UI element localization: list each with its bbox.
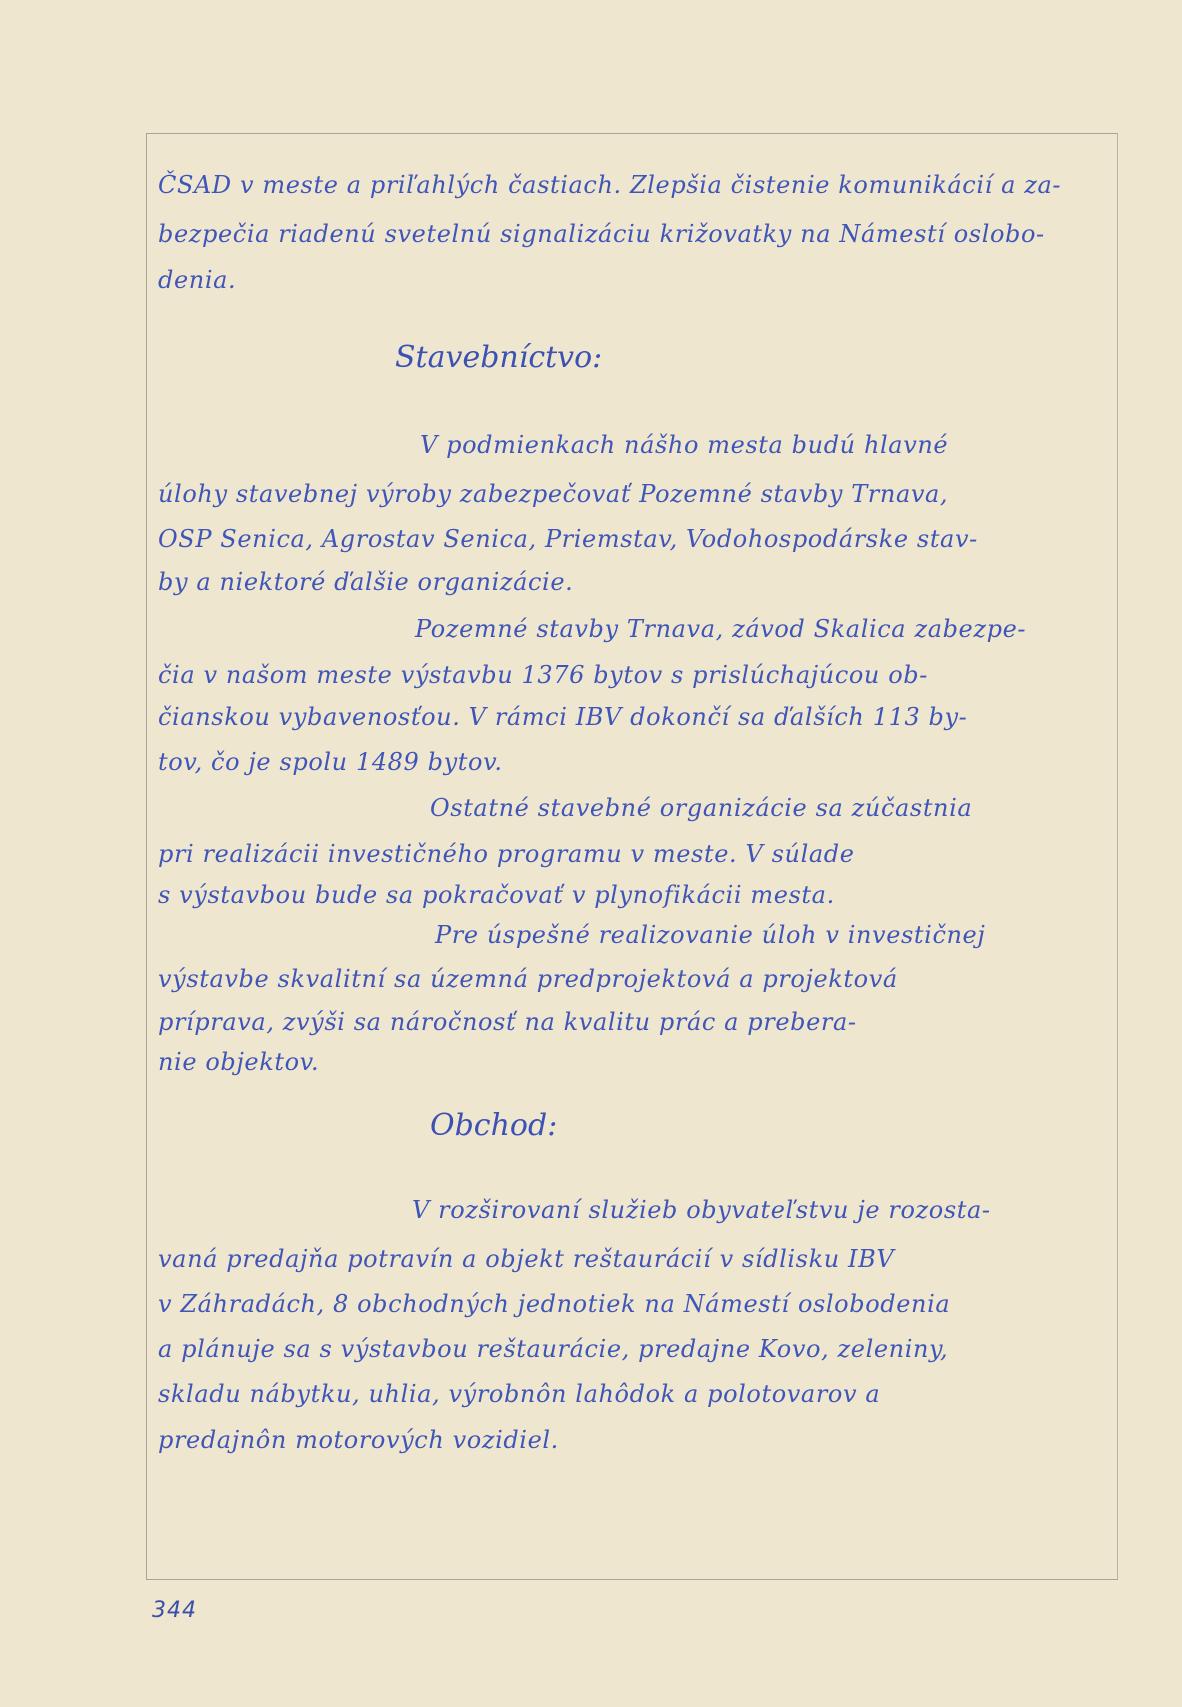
text-line: bezpečia riadenú svetelnú signalizáciu k… xyxy=(158,222,1098,246)
text-line: príprava, zvýši sa náročnosť na kvalitu … xyxy=(158,1010,1098,1034)
section-heading-obchod: Obchod: xyxy=(430,1108,557,1143)
text-line: pri realizácii investičného programu v m… xyxy=(158,842,1098,866)
text-line: Pre úspešné realizovanie úloh v investič… xyxy=(435,923,1100,947)
text-line: denia. xyxy=(158,268,1098,292)
text-line: Ostatné stavebné organizácie sa zúčastni… xyxy=(430,796,1100,820)
text-line: čia v našom meste výstavbu 1376 bytov s … xyxy=(158,663,1098,687)
text-line: čianskou vybavenosťou. V rámci IBV dokon… xyxy=(158,705,1098,729)
text-line: V rozširovaní služieb obyvateľstvu je ro… xyxy=(412,1198,1102,1222)
text-line: vaná predajňa potravín a objekt reštaurá… xyxy=(158,1247,1098,1271)
text-line: výstavbe skvalitní sa územná predprojekt… xyxy=(158,967,1098,991)
text-line: predajnôn motorových vozidiel. xyxy=(158,1428,1098,1452)
page-number: 344 xyxy=(152,1598,197,1623)
text-line: Pozemné stavby Trnava, závod Skalica zab… xyxy=(415,617,1105,641)
text-line: nie objektov. xyxy=(158,1050,1098,1074)
text-line: a plánuje sa s výstavbou reštaurácie, pr… xyxy=(158,1337,1098,1361)
text-line: úlohy stavebnej výroby zabezpečovať Poze… xyxy=(158,482,1098,506)
text-line: ČSAD v meste a priľahlých častiach. Zlep… xyxy=(158,173,1098,197)
text-line: s výstavbou bude sa pokračovať v plynofi… xyxy=(158,883,1098,907)
text-line: by a niektoré ďalšie organizácie. xyxy=(158,570,1098,594)
text-line: v Záhradách, 8 obchodných jednotiek na N… xyxy=(158,1292,1098,1316)
text-line: V podmienkach nášho mesta budú hlavné xyxy=(420,433,1100,457)
text-line: tov, čo je spolu 1489 bytov. xyxy=(158,750,1098,774)
text-line: OSP Senica, Agrostav Senica, Priemstav, … xyxy=(158,527,1098,551)
text-line: skladu nábytku, uhlia, výrobnôn lahôdok … xyxy=(158,1382,1098,1406)
section-heading-stavebnictvo: Stavebníctvo: xyxy=(395,340,602,375)
